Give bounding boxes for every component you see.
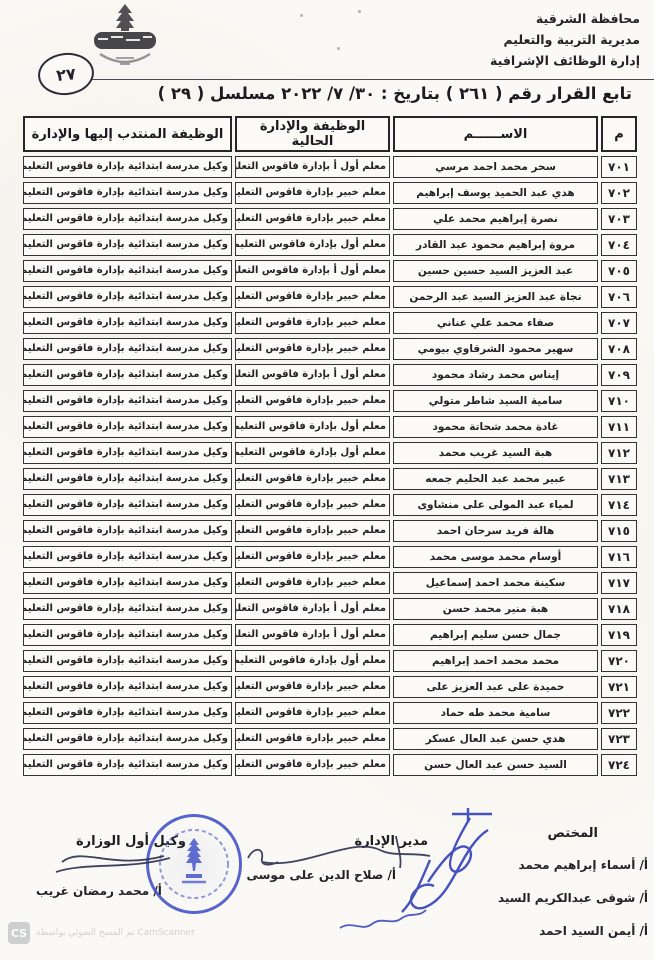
scan-speck	[300, 14, 303, 17]
table-row: ٧٢٣هدي حسن عبد العال عسكرمعلم خبير بإدار…	[23, 728, 637, 750]
header-current-position: الوظيفة والإدارة الحالية	[235, 116, 390, 152]
cell-current: معلم أول أ بإدارة فاقوس التعليمية	[235, 156, 390, 178]
cell-num: ٧١٦	[601, 546, 637, 568]
specialist-name: أ/ أيمن السيد احمد	[498, 915, 648, 948]
cell-num: ٧٢٢	[601, 702, 637, 724]
header-divider	[92, 79, 654, 80]
cell-current: معلم خبير بإدارة فاقوس التعليمية	[235, 702, 390, 724]
cell-seconded: وكيل مدرسة ابتدائية بإدارة فاقوس التعليم…	[23, 182, 232, 204]
director-name: أ/ صلاح الدين على موسى	[246, 868, 396, 882]
cell-name: محمد محمد احمد إبراهيم	[393, 650, 598, 672]
cell-seconded: وكيل مدرسة ابتدائية بإدارة فاقوس التعليم…	[23, 416, 232, 438]
cell-num: ٧١٩	[601, 624, 637, 646]
camscanner-logo: CS	[8, 922, 30, 944]
table-row: ٧٠٤مروة إبراهيم محمود عبد القادرمعلم أول…	[23, 234, 637, 256]
directorate-line: مديرية التربية والتعليم	[490, 29, 640, 50]
cell-num: ٧٢٠	[601, 650, 637, 672]
cell-current: معلم خبير بإدارة فاقوس التعليمية	[235, 572, 390, 594]
cell-current: معلم خبير بإدارة فاقوس التعليمية	[235, 390, 390, 412]
department-line: إدارة الوظائف الإشرافية	[490, 50, 640, 71]
table-row: ٧٢٤السيد حسن عبد العال حسنمعلم خبير بإدا…	[23, 754, 637, 776]
cell-name: جمال حسن سليم إبراهيم	[393, 624, 598, 646]
cell-name: إيناس محمد رشاد محمود	[393, 364, 598, 386]
cell-name: سهير محمود الشرقاوي بيومي	[393, 338, 598, 360]
specialist-label: المختص	[498, 826, 598, 841]
decree-title: تابع القرار رقم ( ٢٦١ ) بتاريخ : ٣٠/ ٧/ …	[96, 84, 632, 103]
cell-num: ٧١٢	[601, 442, 637, 464]
specialist-name: أ/ شوقى عبدالكريم السيد	[498, 882, 648, 915]
director-label: مدير الإدارة	[355, 834, 428, 849]
cell-current: معلم أول بإدارة فاقوس التعليمية	[235, 650, 390, 672]
cell-current: معلم خبير بإدارة فاقوس التعليمية	[235, 312, 390, 334]
table-row: ٧٠٧صفاء محمد علي عنانيمعلم خبير بإدارة ف…	[23, 312, 637, 334]
cell-seconded: وكيل مدرسة ابتدائية بإدارة فاقوس التعليم…	[23, 468, 232, 490]
cell-num: ٧٠٤	[601, 234, 637, 256]
cell-name: نصرة إبراهيم محمد علي	[393, 208, 598, 230]
cell-num: ٧٠٣	[601, 208, 637, 230]
cell-num: ٧٠٩	[601, 364, 637, 386]
cell-name: هبة منير محمد حسن	[393, 598, 598, 620]
cell-seconded: وكيل مدرسة ابتدائية بإدارة فاقوس التعليم…	[23, 702, 232, 724]
cell-name: السيد حسن عبد العال حسن	[393, 754, 598, 776]
cell-seconded: وكيل مدرسة ابتدائية بإدارة فاقوس التعليم…	[23, 598, 232, 620]
cell-current: معلم أول بإدارة فاقوس التعليمية	[235, 416, 390, 438]
signatures-section: المختص أ/ أسماء إبراهيم محمد أ/ شوقى عبد…	[0, 800, 654, 960]
cell-current: معلم خبير بإدارة فاقوس التعليمية	[235, 468, 390, 490]
cell-name: نجاة عبد العزيز السيد عبد الرحمن	[393, 286, 598, 308]
cell-current: معلم أول أ بإدارة فاقوس التعليمية	[235, 598, 390, 620]
cell-name: هبة السيد غريب محمد	[393, 442, 598, 464]
cell-name: صفاء محمد علي عناني	[393, 312, 598, 334]
cell-current: معلم خبير بإدارة فاقوس التعليمية	[235, 754, 390, 776]
specialist-name: أ/ أسماء إبراهيم محمد	[498, 849, 648, 882]
cell-num: ٧١٨	[601, 598, 637, 620]
table-row: ٧٢٢سامية محمد طه حمادمعلم خبير بإدارة فا…	[23, 702, 637, 724]
table-row: ٧٢٠محمد محمد احمد إبراهيممعلم أول بإدارة…	[23, 650, 637, 672]
table-header-row: م الاســــــم الوظيفة والإدارة الحالية ا…	[23, 116, 637, 152]
table-row: ٧٠٢هدي عبد الحميد يوسف إبراهيممعلم خبير …	[23, 182, 637, 204]
cell-name: سامية محمد طه حماد	[393, 702, 598, 724]
cell-seconded: وكيل مدرسة ابتدائية بإدارة فاقوس التعليم…	[23, 338, 232, 360]
cell-seconded: وكيل مدرسة ابتدائية بإدارة فاقوس التعليم…	[23, 650, 232, 672]
table-row: ٧١١غادة محمد شحاتة محمودمعلم أول بإدارة …	[23, 416, 637, 438]
cell-current: معلم أول أ بإدارة فاقوس التعليمية	[235, 364, 390, 386]
cell-current: معلم خبير بإدارة فاقوس التعليمية	[235, 546, 390, 568]
cell-seconded: وكيل مدرسة ابتدائية بإدارة فاقوس التعليم…	[23, 728, 232, 750]
cell-name: مروة إبراهيم محمود عبد القادر	[393, 234, 598, 256]
cell-seconded: وكيل مدرسة ابتدائية بإدارة فاقوس التعليم…	[23, 208, 232, 230]
table-row: ٧١٦أوسام محمد موسى محمدمعلم خبير بإدارة …	[23, 546, 637, 568]
camscanner-text: تم المسح الضوئي بواسطة CamScanner	[36, 928, 195, 938]
cell-name: غادة محمد شحاتة محمود	[393, 416, 598, 438]
cell-seconded: وكيل مدرسة ابتدائية بإدارة فاقوس التعليم…	[23, 494, 232, 516]
specialist-names: أ/ أسماء إبراهيم محمد أ/ شوقى عبدالكريم …	[498, 849, 648, 948]
cell-name: حميدة على عبد العزيز على	[393, 676, 598, 698]
cell-name: سامية السيد شاطر متولي	[393, 390, 598, 412]
cell-name: هدي عبد الحميد يوسف إبراهيم	[393, 182, 598, 204]
cell-name: عبد العزيز السيد حسين حسين	[393, 260, 598, 282]
egypt-eagle-stamp-icon	[152, 820, 236, 908]
cell-name: هالة فريد سرحان احمد	[393, 520, 598, 542]
table-row: ٧١٣عبير محمد عبد الحليم جمعهمعلم خبير بإ…	[23, 468, 637, 490]
cell-seconded: وكيل مدرسة ابتدائية بإدارة فاقوس التعليم…	[23, 676, 232, 698]
table-row: ٧١٥هالة فريد سرحان احمدمعلم خبير بإدارة …	[23, 520, 637, 542]
cell-current: معلم خبير بإدارة فاقوس التعليمية	[235, 208, 390, 230]
ayman-signature	[340, 910, 426, 928]
cell-seconded: وكيل مدرسة ابتدائية بإدارة فاقوس التعليم…	[23, 390, 232, 412]
cell-seconded: وكيل مدرسة ابتدائية بإدارة فاقوس التعليم…	[23, 572, 232, 594]
cell-num: ٧٢٤	[601, 754, 637, 776]
cell-num: ٧٠٨	[601, 338, 637, 360]
table-body: ٧٠١سحر محمد احمد مرسيمعلم أول أ بإدارة ف…	[23, 156, 637, 776]
cell-name: لمياء عبد المولى على منشاوى	[393, 494, 598, 516]
table-row: ٧٠٥عبد العزيز السيد حسين حسينمعلم أول أ …	[23, 260, 637, 282]
table-row: ٧٠٦نجاة عبد العزيز السيد عبد الرحمنمعلم …	[23, 286, 637, 308]
cell-seconded: وكيل مدرسة ابتدائية بإدارة فاقوس التعليم…	[23, 312, 232, 334]
specialist-block: المختص أ/ أسماء إبراهيم محمد أ/ شوقى عبد…	[498, 826, 598, 948]
cell-current: معلم أول أ بإدارة فاقوس التعليمية	[235, 624, 390, 646]
table-row: ٧٢١حميدة على عبد العزيز علىمعلم خبير بإد…	[23, 676, 637, 698]
table-row: ٧١٨هبة منير محمد حسنمعلم أول أ بإدارة فا…	[23, 598, 637, 620]
cell-seconded: وكيل مدرسة ابتدائية بإدارة فاقوس التعليم…	[23, 754, 232, 776]
table-row: ٧١٠سامية السيد شاطر متوليمعلم خبير بإدار…	[23, 390, 637, 412]
scan-speck	[358, 10, 361, 13]
cell-current: معلم أول بإدارة فاقوس التعليمية	[235, 234, 390, 256]
cell-name: عبير محمد عبد الحليم جمعه	[393, 468, 598, 490]
table-row: ٧٠٨سهير محمود الشرقاوي بيوميمعلم خبير بإ…	[23, 338, 637, 360]
camscanner-watermark: CS تم المسح الضوئي بواسطة CamScanner	[8, 922, 195, 944]
ministry-emblem-stamp	[86, 2, 164, 82]
cell-seconded: وكيل مدرسة ابتدائية بإدارة فاقوس التعليم…	[23, 546, 232, 568]
table-row: ٧٠٣نصرة إبراهيم محمد عليمعلم خبير بإدارة…	[23, 208, 637, 230]
secondment-table: م الاســــــم الوظيفة والإدارة الحالية ا…	[20, 112, 640, 780]
cell-seconded: وكيل مدرسة ابتدائية بإدارة فاقوس التعليم…	[23, 624, 232, 646]
cell-seconded: وكيل مدرسة ابتدائية بإدارة فاقوس التعليم…	[23, 260, 232, 282]
table-row: ٧١٢هبة السيد غريب محمدمعلم أول بإدارة فا…	[23, 442, 637, 464]
letterhead: محافظة الشرقية مديرية التربية والتعليم إ…	[490, 8, 640, 71]
cell-current: معلم خبير بإدارة فاقوس التعليمية	[235, 520, 390, 542]
cell-seconded: وكيل مدرسة ابتدائية بإدارة فاقوس التعليم…	[23, 442, 232, 464]
header-seconded-position: الوظيفة المنتدب إليها والإدارة	[23, 116, 232, 152]
scanned-document-page: محافظة الشرقية مديرية التربية والتعليم إ…	[0, 0, 654, 960]
header-name: الاســــــم	[393, 116, 598, 152]
cell-num: ٧١١	[601, 416, 637, 438]
table-row: ٧١٤لمياء عبد المولى على منشاوىمعلم خبير …	[23, 494, 637, 516]
cell-name: سكينة محمد احمد إسماعيل	[393, 572, 598, 594]
cell-name: سحر محمد احمد مرسي	[393, 156, 598, 178]
cell-num: ٧١٠	[601, 390, 637, 412]
table-row: ٧٠١سحر محمد احمد مرسيمعلم أول أ بإدارة ف…	[23, 156, 637, 178]
cell-num: ٧٠٢	[601, 182, 637, 204]
cell-num: ٧٠٧	[601, 312, 637, 334]
governorate-line: محافظة الشرقية	[490, 8, 640, 29]
cell-seconded: وكيل مدرسة ابتدائية بإدارة فاقوس التعليم…	[23, 364, 232, 386]
cell-current: معلم خبير بإدارة فاقوس التعليمية	[235, 494, 390, 516]
cell-current: معلم خبير بإدارة فاقوس التعليمية	[235, 676, 390, 698]
cell-num: ٧١٥	[601, 520, 637, 542]
cell-num: ٧٠٦	[601, 286, 637, 308]
cell-current: معلم خبير بإدارة فاقوس التعليمية	[235, 728, 390, 750]
cell-seconded: وكيل مدرسة ابتدائية بإدارة فاقوس التعليم…	[23, 156, 232, 178]
cell-current: معلم خبير بإدارة فاقوس التعليمية	[235, 338, 390, 360]
cell-current: معلم أول أ بإدارة فاقوس التعليمية	[235, 260, 390, 282]
cell-seconded: وكيل مدرسة ابتدائية بإدارة فاقوس التعليم…	[23, 286, 232, 308]
eagle-emblem-icon	[86, 2, 164, 82]
cell-seconded: وكيل مدرسة ابتدائية بإدارة فاقوس التعليم…	[23, 234, 232, 256]
scan-speck	[337, 47, 340, 50]
specialist-signature	[402, 808, 492, 912]
undersecretary-name: أ/ محمد رمضان غريب	[36, 884, 162, 898]
cell-num: ٧٢١	[601, 676, 637, 698]
cell-num: ٧١٧	[601, 572, 637, 594]
cell-num: ٧١٣	[601, 468, 637, 490]
official-round-stamp	[146, 814, 242, 914]
cell-current: معلم أول بإدارة فاقوس التعليمية	[235, 442, 390, 464]
cell-num: ٧٢٣	[601, 728, 637, 750]
table-row: ٧١٩جمال حسن سليم إبراهيممعلم أول أ بإدار…	[23, 624, 637, 646]
header-num: م	[601, 116, 637, 152]
cell-name: أوسام محمد موسى محمد	[393, 546, 598, 568]
cell-current: معلم خبير بإدارة فاقوس التعليمية	[235, 182, 390, 204]
cell-num: ٧٠٥	[601, 260, 637, 282]
table-row: ٧١٧سكينة محمد احمد إسماعيلمعلم خبير بإدا…	[23, 572, 637, 594]
cell-num: ٧١٤	[601, 494, 637, 516]
table-row: ٧٠٩إيناس محمد رشاد محمودمعلم أول أ بإدار…	[23, 364, 637, 386]
cell-seconded: وكيل مدرسة ابتدائية بإدارة فاقوس التعليم…	[23, 520, 232, 542]
cell-current: معلم خبير بإدارة فاقوس التعليمية	[235, 286, 390, 308]
cell-name: هدي حسن عبد العال عسكر	[393, 728, 598, 750]
cell-num: ٧٠١	[601, 156, 637, 178]
